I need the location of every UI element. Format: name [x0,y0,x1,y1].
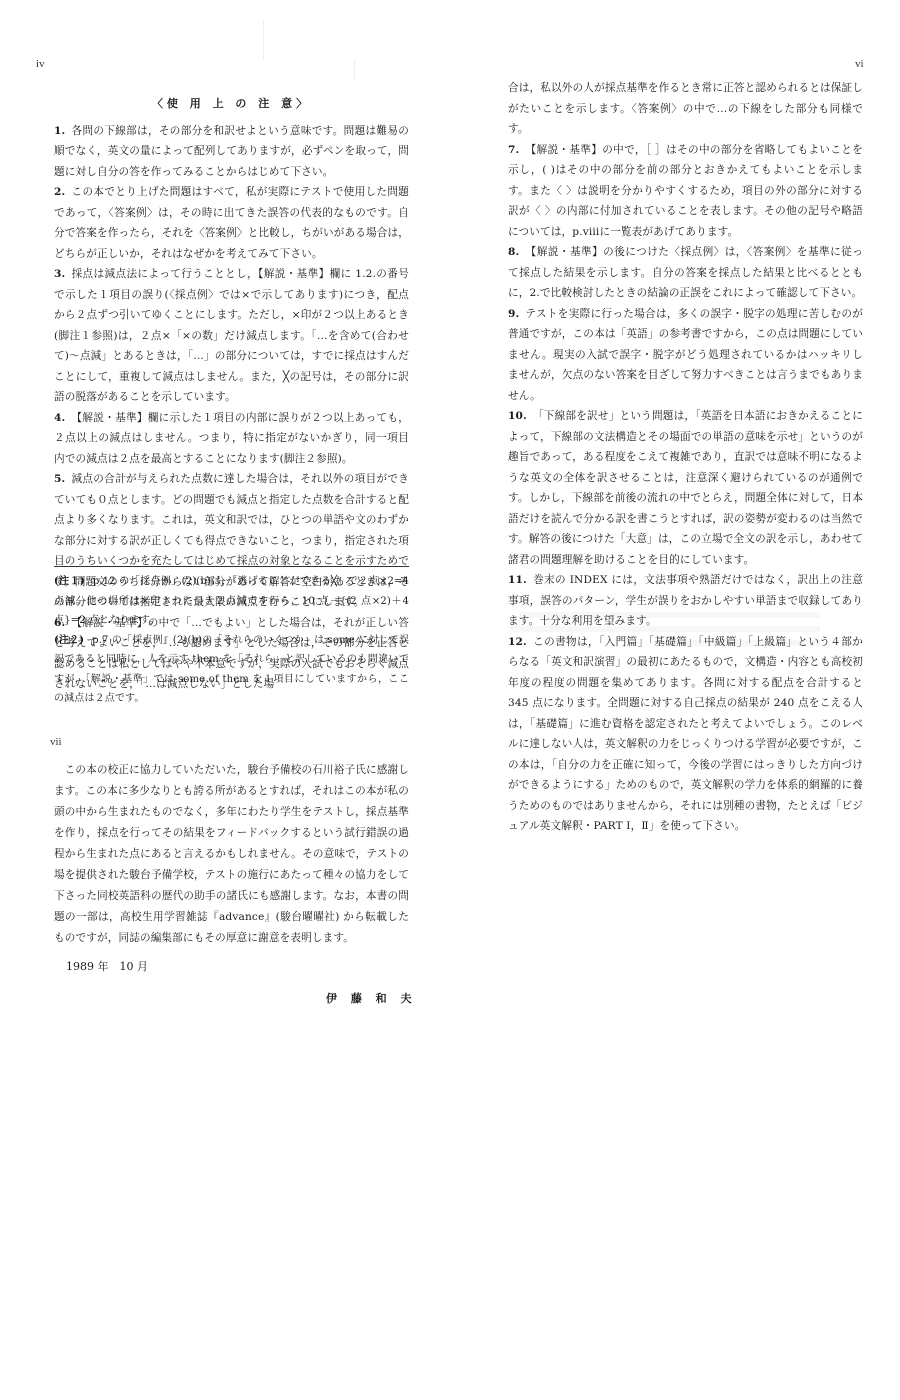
list-item: 7.【解説・基準】の中で，［ ］はその中の部分を省略してもよいことを示し，( )… [508,140,863,243]
list-item: 8.【解説・基準】の後につけた〈採点例〉は，〈答案例〉を基準に従って採点した結果… [508,242,863,304]
footnotes: (注１)p.12 の「採点例」(2)(b)は，「逃げることができる╳」で２点×2… [54,572,409,709]
continuation-text: 合は，私以外の人が採点基準を作るとき常に正答と認められるとは保証しがたいことを示… [508,78,863,140]
list-item: 11.巻末の INDEX には，文法事項や熟語だけではなく，訳出上の注意事項，誤… [508,570,863,632]
footnote-divider [54,566,409,567]
list-item: 2.この本でとり上げた問題はすべて，私が実際にテストで使用した問題であって，〈答… [54,182,409,264]
list-item: 1.各問の下線部は，その部分を和訳せよという意味です。問題は難易の順でなく，英文… [54,121,409,183]
page-number-iv: iv [36,58,45,70]
section-title: 〈使 用 上 の 注 意〉 [54,94,409,115]
page-vi-body: 合は，私以外の人が採点基準を作るとき常に正答と認められるとは保証しがたいことを示… [508,78,863,837]
list-item: 4.【解説・基準】欄に示した１項目の内部に誤りが２つ以上あっても，２点以上の減点… [54,408,409,470]
footnote: (注２)p.7 の「採点例」(2)(b)の「それらのいくつか」は some に対… [54,631,409,709]
page-number-vi: vi [855,58,864,70]
scan-artifact [354,60,355,80]
list-item: 3.採点は減点法によって行うこととし，【解説・基準】欄に 1.2.の番号で示した… [54,264,409,408]
footnote: (注１)p.12 の「採点例」(2)(b)は，「逃げることができる╳」で２点×2… [54,572,409,631]
acknowledgements: この本の校正に協力していただいた，駿台予備校の石川裕子氏に感謝します。この本に多… [54,760,409,949]
list-item: 12.この書物は，「入門篇」「基礎篇」「中級篇」「上級篇」という４部からなる「英… [508,632,863,837]
date: 1989 年 10 月 [66,958,148,974]
list-item: 10.「下線部を訳せ」という問題は，「英語を日本語におきかえることによって，下線… [508,406,863,570]
page-number-vii: vii [50,736,62,748]
list-item: 9.テストを実際に行った場合は，多くの誤字・脱字の処理に苦しむのが普通ですが，こ… [508,304,863,407]
scan-artifact [263,20,264,60]
author-name: 伊 藤 和 夫 [326,990,417,1006]
